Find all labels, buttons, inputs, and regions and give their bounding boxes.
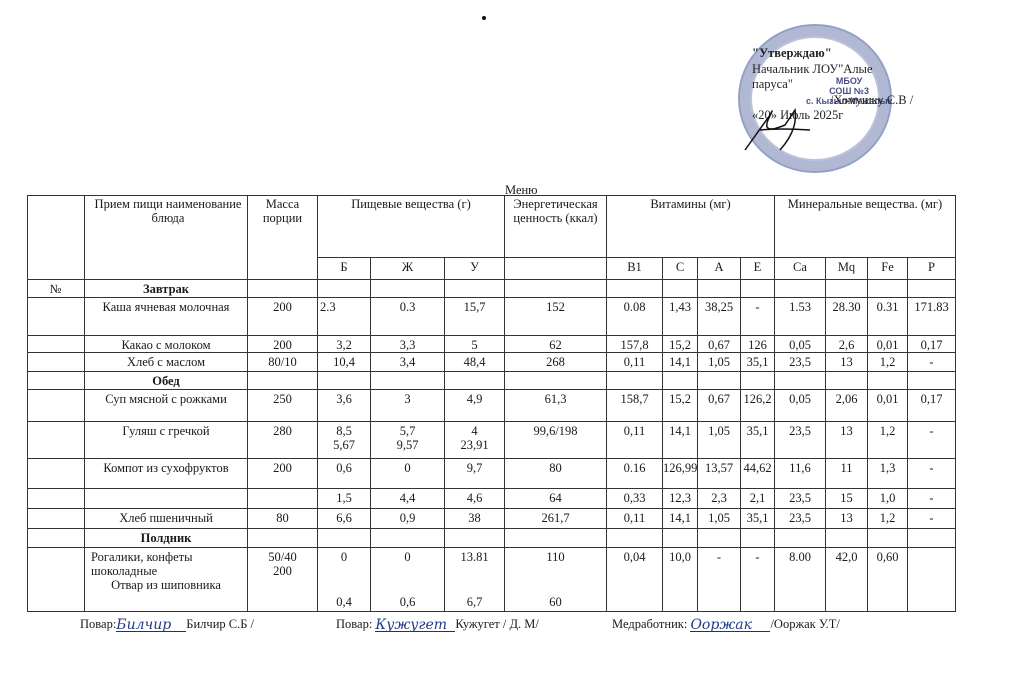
value-energy: 11060 <box>505 548 607 612</box>
value-b: 2.3 <box>318 298 371 336</box>
value-u: 9,7 <box>445 459 505 489</box>
empty-cell <box>663 372 698 390</box>
subheader-e: E <box>741 258 775 280</box>
value-b: 10,4 <box>318 353 371 372</box>
empty-cell <box>248 372 318 390</box>
dish-name: Хлеб пшеничный <box>85 509 248 529</box>
empty-cell <box>248 529 318 548</box>
value-energy: 80 <box>505 459 607 489</box>
dish-name: Какао с молоком <box>85 336 248 353</box>
subheader-mq: Mq <box>826 258 868 280</box>
value-mg: 13 <box>826 353 868 372</box>
cook2-signature: Кужугет <box>375 617 455 632</box>
value-c: 15,2 <box>663 390 698 422</box>
value-energy: 62 <box>505 336 607 353</box>
value-c: 14,1 <box>663 509 698 529</box>
value-e: - <box>741 548 775 612</box>
empty-cell <box>741 280 775 298</box>
dish-name: Компот из сухофруктов <box>85 459 248 489</box>
value-ca: 8.00 <box>775 548 826 612</box>
row-num-cell <box>27 298 85 336</box>
cook2-name: Кужугет / Д. М/ <box>455 617 538 631</box>
section-breakfast: Завтрак <box>85 280 248 298</box>
value-p: 0,17 <box>908 336 956 353</box>
value-mg: 2,6 <box>826 336 868 353</box>
empty-cell <box>741 529 775 548</box>
stray-dot <box>482 16 486 20</box>
empty-cell <box>371 372 445 390</box>
value-c: 10,0 <box>663 548 698 612</box>
empty-cell <box>908 280 956 298</box>
value-u: 4,6 <box>445 489 505 509</box>
value-zh: 3,3 <box>371 336 445 353</box>
empty-cell <box>371 280 445 298</box>
value-c: 15,2 <box>663 336 698 353</box>
value-fe: 1,3 <box>868 459 908 489</box>
value-b1: 0,11 <box>607 509 663 529</box>
value-b1: 0,04 <box>607 548 663 612</box>
value-zh: 0 <box>371 459 445 489</box>
value-mass: 200 <box>248 336 318 353</box>
section-snack: Полдник <box>85 529 248 548</box>
value-fe: 1,0 <box>868 489 908 509</box>
value-energy: 261,7 <box>505 509 607 529</box>
medic-label: Медработник: <box>612 617 687 631</box>
value-zh: 3,4 <box>371 353 445 372</box>
value-e: - <box>741 298 775 336</box>
row-num-cell <box>27 459 85 489</box>
value-zh: 00,6 <box>371 548 445 612</box>
subheader-ca: Ca <box>775 258 826 280</box>
value-mass: 80/10 <box>248 353 318 372</box>
value-mass: 200 <box>248 298 318 336</box>
value-b: 0,6 <box>318 459 371 489</box>
value-c: 14,1 <box>663 353 698 372</box>
empty-cell <box>318 372 371 390</box>
value-b1: 0.16 <box>607 459 663 489</box>
empty-cell <box>826 372 868 390</box>
empty-cell <box>908 372 956 390</box>
value-c: 12,3 <box>663 489 698 509</box>
empty-cell <box>698 529 741 548</box>
value-p: - <box>908 422 956 459</box>
value-mg: 13 <box>826 422 868 459</box>
value-mg: 2,06 <box>826 390 868 422</box>
empty-cell <box>607 529 663 548</box>
cook1-name: Билчир С.Б / <box>186 617 254 631</box>
value-p: - <box>908 489 956 509</box>
empty-cell <box>868 529 908 548</box>
subheader-p: P <box>908 258 956 280</box>
value-ca: 0,05 <box>775 336 826 353</box>
empty-cell <box>868 372 908 390</box>
approval-line-3: паруса" <box>752 77 913 93</box>
value-fe: 1,2 <box>868 509 908 529</box>
value-a: - <box>698 548 741 612</box>
section-lunch: Обед <box>85 372 248 390</box>
value-e: 126 <box>741 336 775 353</box>
empty-cell <box>741 372 775 390</box>
row-num-cell <box>27 390 85 422</box>
value-u: 13.816,7 <box>445 548 505 612</box>
value-mg: 11 <box>826 459 868 489</box>
value-b1: 0,33 <box>607 489 663 509</box>
value-a: 1,05 <box>698 422 741 459</box>
value-mass: 80 <box>248 509 318 529</box>
header-mass: Масса порции <box>248 195 318 280</box>
value-u: 38 <box>445 509 505 529</box>
approval-line-2: Начальник ЛОУ"Алые <box>752 62 913 78</box>
value-b1: 0,11 <box>607 422 663 459</box>
empty-cell <box>445 280 505 298</box>
medic-name: /Ооржак У.Т/ <box>770 617 839 631</box>
value-energy: 61,3 <box>505 390 607 422</box>
footer-medic: Медработник: Ооржак/Ооржак У.Т/ <box>612 617 840 632</box>
cook2-label: Повар: <box>336 617 372 631</box>
dish-name <box>85 489 248 509</box>
value-u: 15,7 <box>445 298 505 336</box>
value-e: 2,1 <box>741 489 775 509</box>
value-p: - <box>908 459 956 489</box>
value-p: - <box>908 509 956 529</box>
value-mg: 28.30 <box>826 298 868 336</box>
row-num-cell <box>27 422 85 459</box>
value-b1: 157,8 <box>607 336 663 353</box>
value-b: 8,55,67 <box>318 422 371 459</box>
row-num-cell <box>27 336 85 353</box>
header-dish: Прием пищи наименование блюда <box>85 195 248 280</box>
value-u: 4,9 <box>445 390 505 422</box>
value-mass: 250 <box>248 390 318 422</box>
value-b: 3,6 <box>318 390 371 422</box>
value-ca: 23,5 <box>775 489 826 509</box>
subheader-б: Б <box>318 258 371 280</box>
value-a: 1,05 <box>698 353 741 372</box>
value-ca: 1.53 <box>775 298 826 336</box>
value-b1: 0,11 <box>607 353 663 372</box>
row-num-cell <box>27 548 85 612</box>
value-fe: 0,01 <box>868 390 908 422</box>
value-mass: 280 <box>248 422 318 459</box>
empty-cell <box>445 372 505 390</box>
value-a: 0,67 <box>698 390 741 422</box>
empty-cell <box>826 280 868 298</box>
dish-name: Гуляш с гречкой <box>85 422 248 459</box>
header-minerals: Минеральные вещества. (мг) <box>775 195 956 258</box>
value-energy: 99,6/198 <box>505 422 607 459</box>
value-mg: 15 <box>826 489 868 509</box>
subheader-c: C <box>663 258 698 280</box>
footer-cook2: Повар: КужугетКужугет / Д. М/ <box>336 617 539 632</box>
dish-name: Хлеб с маслом <box>85 353 248 372</box>
value-u: 5 <box>445 336 505 353</box>
value-e: 35,1 <box>741 422 775 459</box>
empty-cell <box>826 529 868 548</box>
value-zh: 5,79,57 <box>371 422 445 459</box>
value-b: 6,6 <box>318 509 371 529</box>
empty-cell <box>698 280 741 298</box>
value-a: 38,25 <box>698 298 741 336</box>
value-fe: 0,01 <box>868 336 908 353</box>
dish-name: Каша ячневая молочная <box>85 298 248 336</box>
empty-cell <box>698 372 741 390</box>
value-b1: 158,7 <box>607 390 663 422</box>
header-energy: Энергетическая ценность (ккал) <box>505 195 607 258</box>
value-ca: 23,5 <box>775 422 826 459</box>
value-e: 35,1 <box>741 509 775 529</box>
subheader-у: У <box>445 258 505 280</box>
value-energy: 152 <box>505 298 607 336</box>
value-e: 126,2 <box>741 390 775 422</box>
value-p <box>908 548 956 612</box>
value-p: 0,17 <box>908 390 956 422</box>
empty-cell <box>505 280 607 298</box>
value-e: 35,1 <box>741 353 775 372</box>
value-zh: 0,9 <box>371 509 445 529</box>
value-mass: 50/40200 <box>248 548 318 612</box>
value-b: 3,2 <box>318 336 371 353</box>
value-a: 13,57 <box>698 459 741 489</box>
value-fe: 1,2 <box>868 422 908 459</box>
empty-cell <box>775 529 826 548</box>
value-fe: 1,2 <box>868 353 908 372</box>
value-mass <box>248 489 318 509</box>
value-fe: 0,60 <box>868 548 908 612</box>
empty-cell <box>663 280 698 298</box>
value-zh: 3 <box>371 390 445 422</box>
value-u: 423,91 <box>445 422 505 459</box>
value-mg: 42,0 <box>826 548 868 612</box>
value-c: 14,1 <box>663 422 698 459</box>
empty-cell <box>248 280 318 298</box>
value-ca: 23,5 <box>775 353 826 372</box>
value-mass: 200 <box>248 459 318 489</box>
row-num-cell <box>27 353 85 372</box>
value-a: 0,67 <box>698 336 741 353</box>
empty-cell <box>318 280 371 298</box>
director-signature-icon <box>740 100 820 155</box>
num-label: № <box>27 280 85 298</box>
value-b1: 0.08 <box>607 298 663 336</box>
value-zh: 0.3 <box>371 298 445 336</box>
value-mg: 13 <box>826 509 868 529</box>
value-p: 171.83 <box>908 298 956 336</box>
subheader-a: A <box>698 258 741 280</box>
empty-cell <box>663 529 698 548</box>
value-ca: 0,05 <box>775 390 826 422</box>
footer-cook1: Повар:БилчирБилчир С.Б / <box>80 617 254 632</box>
header-nutrients: Пищевые вещества (г) <box>318 195 505 258</box>
value-ca: 23,5 <box>775 509 826 529</box>
empty-cell <box>371 529 445 548</box>
approval-line-1: "Утверждаю" <box>752 46 913 62</box>
empty-cell <box>607 280 663 298</box>
empty-cell <box>27 372 85 390</box>
value-b: 1,5 <box>318 489 371 509</box>
empty-cell <box>775 372 826 390</box>
cook1-label: Повар: <box>80 617 116 631</box>
value-a: 1,05 <box>698 509 741 529</box>
cook1-signature: Билчир <box>116 617 186 632</box>
empty-cell <box>607 372 663 390</box>
empty-cell <box>445 529 505 548</box>
value-p: - <box>908 353 956 372</box>
row-num-cell <box>27 509 85 529</box>
empty-cell <box>868 280 908 298</box>
dish-name: Рогалики, конфеты шоколадныеОтвар из шип… <box>85 548 248 612</box>
value-energy: 64 <box>505 489 607 509</box>
empty-cell <box>27 529 85 548</box>
empty-cell <box>505 372 607 390</box>
medic-signature: Ооржак <box>690 617 770 632</box>
value-c: 126,99 <box>663 459 698 489</box>
empty-cell <box>775 280 826 298</box>
subheader-fe: Fe <box>868 258 908 280</box>
value-ca: 11,6 <box>775 459 826 489</box>
value-u: 48,4 <box>445 353 505 372</box>
value-b: 00,4 <box>318 548 371 612</box>
subheader-blank <box>505 258 607 280</box>
header-vitamins: Витамины (мг) <box>607 195 775 258</box>
row-num-cell <box>27 489 85 509</box>
value-energy: 268 <box>505 353 607 372</box>
value-a: 2,3 <box>698 489 741 509</box>
dish-name: Суп мясной с рожками <box>85 390 248 422</box>
empty-cell <box>318 529 371 548</box>
header-num <box>27 195 85 280</box>
empty-cell <box>505 529 607 548</box>
subheader-ж: Ж <box>371 258 445 280</box>
value-e: 44,62 <box>741 459 775 489</box>
subheader-b1: B1 <box>607 258 663 280</box>
value-fe: 0.31 <box>868 298 908 336</box>
empty-cell <box>908 529 956 548</box>
value-zh: 4,4 <box>371 489 445 509</box>
value-c: 1,43 <box>663 298 698 336</box>
